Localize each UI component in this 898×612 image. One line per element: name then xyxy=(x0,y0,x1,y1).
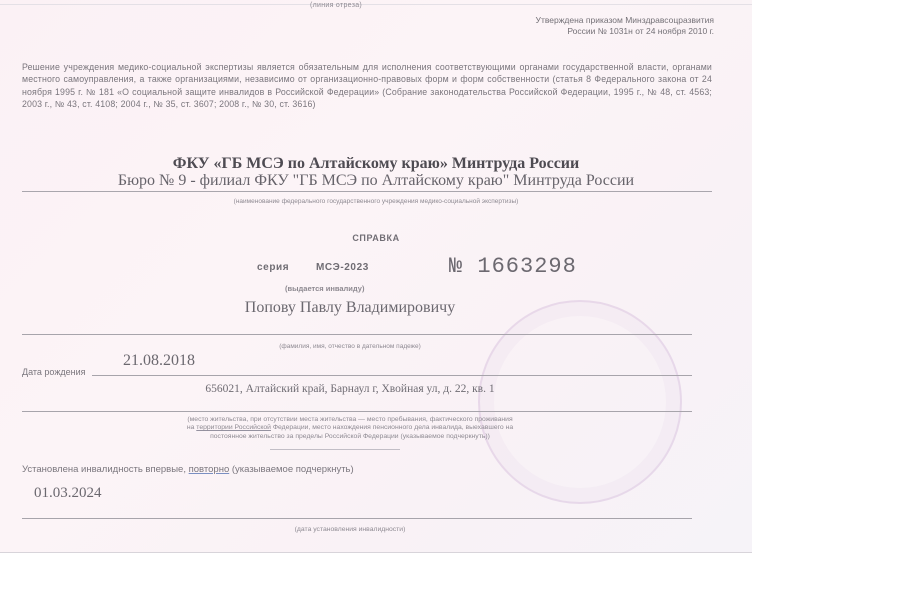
faded-stamp xyxy=(478,300,682,504)
legal-preamble: Решение учреждения медико-социальной экс… xyxy=(22,61,712,110)
address-underline xyxy=(22,411,692,412)
certificate-page: (линия отреза) Утверждена приказом Минзд… xyxy=(0,0,752,553)
cut-line xyxy=(0,4,752,5)
disability-text: Установлена инвалидность впервые, xyxy=(22,464,189,475)
approval-line-1: Утверждена приказом Минздравсоцразвития xyxy=(536,15,714,26)
organization-name: ФКУ «ГБ МСЭ по Алтайскому краю» Минтруда… xyxy=(0,155,752,173)
disability-text: (указываемое подчеркнуть) xyxy=(229,464,353,475)
address-caption: (место жительства, при отсутствии места … xyxy=(40,416,660,441)
disability-date-caption: (дата установления инвалидности) xyxy=(0,526,700,533)
branch-name: Бюро № 9 - филиал ФКУ "ГБ МСЭ по Алтайск… xyxy=(0,172,752,190)
organization-underline xyxy=(22,191,712,192)
disability-status: Установлена инвалидность впервые, повтор… xyxy=(22,464,354,475)
certificate-number: № 1663298 xyxy=(449,254,577,279)
approval-line-2: России № 1031н от 24 ноября 2010 г. xyxy=(536,26,714,37)
recipient-full-name: Попову Павлу Владимировичу xyxy=(0,299,700,317)
disability-date-value: 01.03.2024 xyxy=(34,485,102,502)
birth-date-label: Дата рождения xyxy=(22,367,86,377)
divider xyxy=(270,449,400,450)
disability-selected-option: повторно xyxy=(189,464,230,475)
address-caption-underlined: территории Российской xyxy=(196,424,271,431)
document-title: СПРАВКА xyxy=(0,233,752,243)
birth-date-underline xyxy=(92,375,692,376)
name-underline xyxy=(22,334,692,335)
approval-note: Утверждена приказом Минздравсоцразвития … xyxy=(536,15,714,37)
address-caption-text: Федерации, место нахождения пенсионного … xyxy=(271,424,513,431)
address-caption-line-3: постоянное жительство за пределы Российс… xyxy=(40,433,660,441)
address-value: 656021, Алтайский край, Барнаул г, Хвойн… xyxy=(0,383,700,395)
address-caption-line-2: на территории Российской Федерации, мест… xyxy=(40,424,660,432)
address-caption-text: на xyxy=(187,424,196,431)
name-caption: (фамилия, имя, отчество в дательном паде… xyxy=(0,343,700,350)
series-label: серия xyxy=(257,262,289,273)
issued-to-caption: (выдается инвалиду) xyxy=(285,284,364,293)
organization-caption: (наименование федерального государственн… xyxy=(0,198,752,205)
disability-date-underline xyxy=(22,518,692,519)
cut-line-label: (линия отреза) xyxy=(310,2,362,9)
series-value: МСЭ-2023 xyxy=(316,262,369,273)
birth-date-value: 21.08.2018 xyxy=(123,352,195,370)
